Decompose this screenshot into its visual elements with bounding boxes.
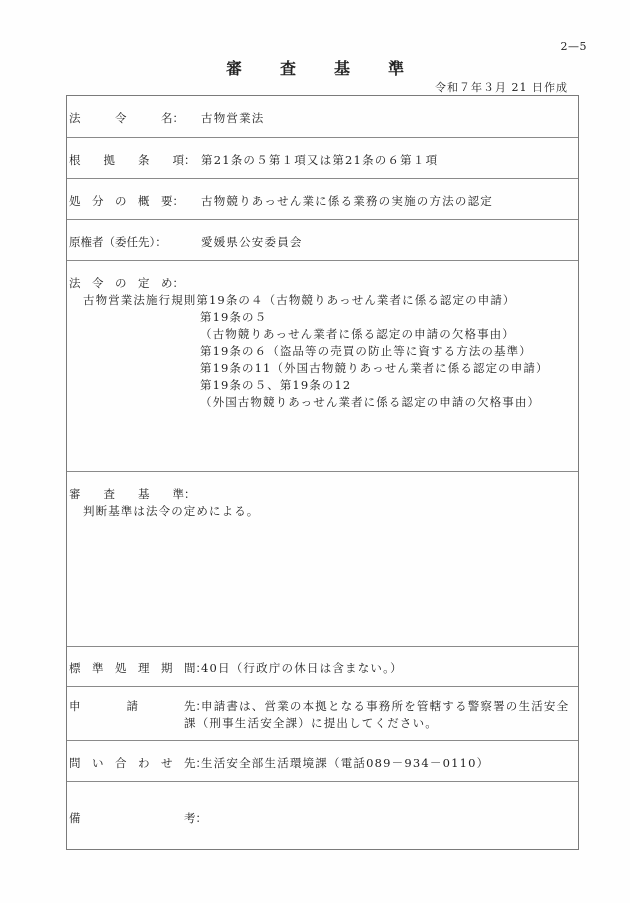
- page-title: 審査基準: [0, 56, 630, 79]
- inquiries-label: 問 い 合 わ せ 先：: [69, 755, 207, 771]
- original-authority-value: 愛媛県公安委員会: [201, 234, 303, 250]
- disposition-summary-value: 古物競りあっせん業に係る業務の実施の方法の認定: [201, 193, 493, 209]
- original-authority-label: 原権者（委任先）：: [69, 234, 167, 250]
- provision-line: （外国古物競りあっせん業者に係る認定の申請の欠格事由）: [200, 394, 540, 410]
- inquiries-value: 生活安全部生活環境課（電話089－934－0110）: [201, 755, 489, 771]
- basis-article-value: 第21条の５第１項又は第21条の６第１項: [201, 152, 438, 168]
- row-review-criteria: 審 査 基 準： 判断基準は法令の定めによる。: [67, 472, 578, 647]
- row-remarks: 備 考：: [67, 782, 578, 850]
- row-standard-processing-period: 標 準 処 理 期 間： 40日（行政庁の休日は含まない。）: [67, 647, 578, 687]
- law-name-value: 古物営業法: [201, 110, 265, 126]
- legal-provisions-label: 法 令 の 定 め：: [69, 275, 184, 291]
- law-name-label: 法 令 名：: [69, 110, 184, 126]
- title-char: 準: [388, 56, 404, 79]
- review-criteria-label: 審 査 基 準：: [69, 486, 196, 502]
- row-legal-provisions: 法 令 の 定 め： 古物営業法施行規則第19条の４（古物競りあっせん業者に係る…: [67, 261, 578, 472]
- application-destination-line2: 課（刑事生活安全課）に提出してください。: [184, 715, 438, 731]
- row-original-authority: 原権者（委任先）： 愛媛県公安委員会: [67, 220, 578, 261]
- application-destination-label: 申 請 先：: [69, 698, 207, 714]
- row-law-name: 法 令 名： 古物営業法: [67, 96, 578, 138]
- processing-period-value: 40日（行政庁の休日は含まない。）: [201, 660, 403, 676]
- row-basis-article: 根 拠 条 項： 第21条の５第１項又は第21条の６第１項: [67, 138, 578, 179]
- provision-line: （古物競りあっせん業者に係る認定の申請の欠格事由）: [200, 326, 515, 342]
- application-destination-line1: 申請書は、営業の本拠となる事務所を管轄する警察署の生活安全: [201, 698, 569, 714]
- title-char: 基: [334, 56, 350, 79]
- criteria-table: 法 令 名： 古物営業法 根 拠 条 項： 第21条の５第１項又は第21条の６第…: [66, 95, 579, 850]
- processing-period-label: 標 準 処 理 期 間：: [69, 660, 207, 676]
- provision-line: 第19条の11（外国古物競りあっせん業者に係る認定の申請）: [200, 360, 549, 376]
- row-inquiries: 問 い 合 わ せ 先： 生活安全部生活環境課（電話089－934－0110）: [67, 741, 578, 782]
- basis-article-label: 根 拠 条 項：: [69, 152, 196, 168]
- title-char: 査: [280, 56, 296, 79]
- provision-line: 第19条の５: [200, 309, 267, 325]
- disposition-summary-label: 処 分 の 概 要：: [69, 193, 184, 209]
- remarks-label: 備 考：: [69, 810, 207, 826]
- row-application-destination: 申 請 先： 申請書は、営業の本拠となる事務所を管轄する警察署の生活安全 課（刑…: [67, 687, 578, 741]
- provision-line: 古物営業法施行規則第19条の４（古物競りあっせん業者に係る認定の申請）: [83, 292, 516, 308]
- provision-line: 第19条の５、第19条の12: [200, 377, 351, 393]
- created-date: 令和７年３月 21 日作成: [435, 79, 568, 95]
- row-disposition-summary: 処 分 の 概 要： 古物競りあっせん業に係る業務の実施の方法の認定: [67, 179, 578, 220]
- page-number: 2—5: [561, 40, 588, 53]
- title-char: 審: [226, 56, 242, 79]
- provision-line: 第19条の６（盗品等の売買の防止等に資する方法の基準）: [200, 343, 532, 359]
- review-criteria-value: 判断基準は法令の定めによる。: [83, 503, 259, 519]
